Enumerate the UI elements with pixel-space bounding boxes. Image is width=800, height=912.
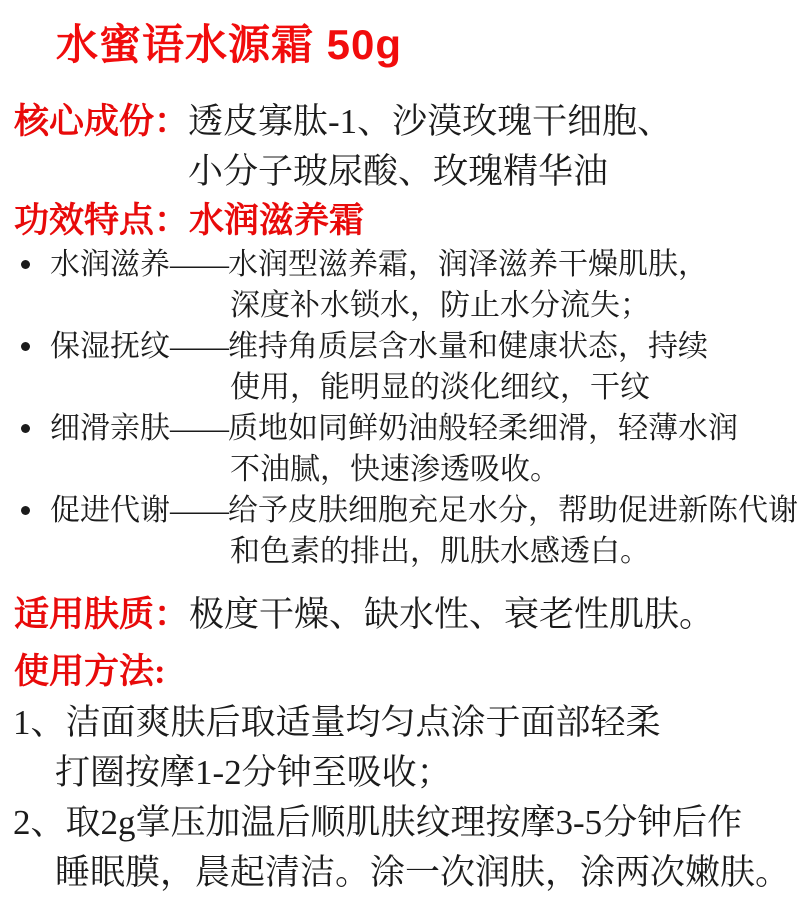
feature-line-1: 细滑亲肤——质地如同鲜奶油般轻柔细滑，轻薄水润 [0, 408, 800, 449]
skin-type-label: 适用肤质： [14, 595, 189, 634]
feature-text: 质地如同鲜奶油般轻柔细滑，轻薄水润 [228, 412, 738, 445]
feature-text: 维持角质层含水量和健康状态，持续 [228, 330, 708, 363]
feature-item-antiwrinkle: 保湿抚纹——维持角质层含水量和健康状态，持续 使用，能明显的淡化细纹，干纹 [0, 326, 800, 408]
usage-label: 使用方法: [14, 652, 166, 691]
bullet-icon [21, 260, 30, 269]
step-text: 洁面爽肤后取适量均匀点涂于面部轻柔 [66, 703, 661, 742]
feature-item-moisturize: 水润滋养——水润型滋养霜，润泽滋养干燥肌肤， 深度补水锁水，防止水分流失； [0, 244, 800, 326]
em-dash: —— [170, 248, 228, 281]
core-ingredients-line-2: 小分子玻尿酸、玫瑰精华油 [188, 147, 800, 197]
feature-term: 保湿抚纹 [50, 330, 170, 363]
step-text: 取2g掌压加温后顺肌肤纹理按摩3-5分钟后作 [66, 803, 743, 842]
usage-step-2: 2、取2g掌压加温后顺肌肤纹理按摩3-5分钟后作 睡眠膜，晨起清洁。涂一次润肤，… [0, 798, 800, 898]
skin-type-section: 适用肤质：极度干燥、缺水性、衰老性肌肤。 [0, 590, 800, 640]
feature-term: 水润滋养 [50, 248, 170, 281]
feature-term: 细滑亲肤 [50, 412, 170, 445]
skin-type-value: 极度干燥、缺水性、衰老性肌肤。 [189, 595, 714, 634]
feature-text: 给予皮肤细胞充足水分，帮助促进新陈代谢 [228, 494, 798, 527]
usage-section: 使用方法: [0, 646, 800, 698]
usage-step-1: 1、洁面爽肤后取适量均匀点涂于面部轻柔 打圈按摩1-2分钟至吸收； [0, 698, 800, 798]
step-line-2: 打圈按摩1-2分钟至吸收； [0, 748, 800, 798]
core-ingredients-section: 核心成份： 透皮寡肽-1、沙漠玫瑰干细胞、 小分子玻尿酸、玫瑰精华油 [0, 97, 800, 197]
bullet-icon [21, 342, 30, 351]
bullet-icon [21, 506, 30, 515]
efficacy-value: 水润滋养霜 [189, 201, 364, 240]
step-line-2: 睡眠膜，晨起清洁。涂一次润肤，涂两次嫩肤。 [0, 848, 800, 898]
usage-steps: 1、洁面爽肤后取适量均匀点涂于面部轻柔 打圈按摩1-2分钟至吸收； 2、取2g掌… [0, 698, 800, 898]
feature-line-2: 使用，能明显的淡化细纹，干纹 [0, 367, 800, 408]
step-line-1: 1、洁面爽肤后取适量均匀点涂于面部轻柔 [0, 698, 800, 748]
feature-line-1: 水润滋养——水润型滋养霜，润泽滋养干燥肌肤， [0, 244, 800, 285]
feature-line-2: 和色素的排出，肌肤水感透白。 [0, 531, 800, 572]
product-description-page: 水蜜语水源霜 50g 核心成份： 透皮寡肽-1、沙漠玫瑰干细胞、 小分子玻尿酸、… [0, 0, 800, 912]
em-dash: —— [170, 330, 228, 363]
feature-item-metabolism: 促进代谢——给予皮肤细胞充足水分，帮助促进新陈代谢 和色素的排出，肌肤水感透白。 [0, 490, 800, 572]
step-number: 1、 [13, 703, 66, 742]
efficacy-label: 功效特点： [14, 201, 189, 240]
efficacy-section: 功效特点：水润滋养霜 [0, 197, 800, 244]
bullet-icon [21, 424, 30, 433]
feature-text: 水润型滋养霜，润泽滋养干燥肌肤， [228, 248, 708, 281]
feature-line-1: 促进代谢——给予皮肤细胞充足水分，帮助促进新陈代谢 [0, 490, 800, 531]
feature-item-smooth: 细滑亲肤——质地如同鲜奶油般轻柔细滑，轻薄水润 不油腻，快速渗透吸收。 [0, 408, 800, 490]
feature-line-1: 保湿抚纹——维持角质层含水量和健康状态，持续 [0, 326, 800, 367]
em-dash: —— [170, 412, 228, 445]
step-number: 2、 [13, 803, 66, 842]
step-line-1: 2、取2g掌压加温后顺肌肤纹理按摩3-5分钟后作 [0, 798, 800, 848]
product-title: 水蜜语水源霜 50g [0, 0, 800, 73]
feature-term: 促进代谢 [50, 494, 170, 527]
em-dash: —— [170, 494, 228, 527]
feature-line-2: 深度补水锁水，防止水分流失； [0, 285, 800, 326]
feature-line-2: 不油腻，快速渗透吸收。 [0, 449, 800, 490]
core-ingredients-label: 核心成份： [14, 97, 189, 147]
feature-list: 水润滋养——水润型滋养霜，润泽滋养干燥肌肤， 深度补水锁水，防止水分流失； 保湿… [0, 244, 800, 572]
core-ingredients-line-1: 透皮寡肽-1、沙漠玫瑰干细胞、 [188, 97, 800, 147]
core-ingredients-content: 透皮寡肽-1、沙漠玫瑰干细胞、 小分子玻尿酸、玫瑰精华油 [188, 97, 800, 197]
